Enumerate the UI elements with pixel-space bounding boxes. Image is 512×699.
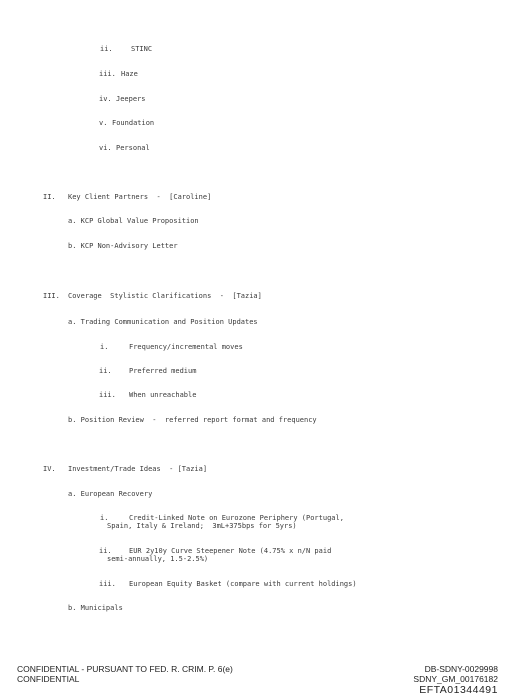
section-number: IV.	[43, 465, 56, 474]
confidentiality-footer: CONFIDENTIAL - PURSUANT TO FED. R. CRIM.…	[17, 664, 233, 684]
bates-number-sdny: SDNY_GM_00176182	[413, 674, 498, 684]
list-item-text: Personal	[116, 144, 150, 153]
sub-item-number: iii.	[99, 580, 116, 589]
sub-item-text-continued: semi-annually, 1.5-2.5%)	[107, 555, 208, 564]
list-item-number: ii.	[100, 45, 113, 54]
list-item: a. Trading Communication and Position Up…	[68, 318, 258, 327]
list-item-number: vi.	[99, 144, 112, 153]
list-item: a. European Recovery	[68, 490, 152, 499]
list-item-text: Jeepers	[116, 95, 146, 104]
list-item: b. KCP Non-Advisory Letter	[68, 242, 178, 251]
sub-item-number: iii.	[99, 391, 116, 400]
section-number: III.	[43, 292, 60, 301]
sub-item-number: i.	[100, 343, 108, 352]
sub-item-text: Preferred medium	[129, 367, 196, 376]
bates-number-efta: EFTA01344491	[413, 684, 498, 696]
section-title: Coverage Stylistic Clarifications - [Taz…	[68, 292, 262, 301]
list-item: a. KCP Global Value Proposition	[68, 217, 199, 226]
list-item-number: v.	[99, 119, 107, 128]
sub-item-text: When unreachable	[129, 391, 196, 400]
bates-stamp: DB-SDNY-0029998 SDNY_GM_00176182 EFTA013…	[413, 664, 498, 696]
list-item-number: iv.	[99, 95, 112, 104]
section-title: Investment/Trade Ideas - [Tazia]	[68, 465, 207, 474]
list-item: b. Municipals	[68, 604, 123, 613]
bates-number-db: DB-SDNY-0029998	[413, 664, 498, 674]
section-number: II.	[43, 193, 56, 202]
confidentiality-notice: CONFIDENTIAL - PURSUANT TO FED. R. CRIM.…	[17, 664, 233, 674]
confidentiality-label: CONFIDENTIAL	[17, 674, 233, 684]
sub-item-text: European Equity Basket (compare with cur…	[129, 580, 357, 589]
list-item-text: Haze	[121, 70, 138, 79]
sub-item-text-continued: Spain, Italy & Ireland; 3mL+375bps for 5…	[107, 522, 297, 531]
list-item: b. Position Review - referred report for…	[68, 416, 317, 425]
list-item-number: iii.	[99, 70, 116, 79]
sub-item-text: Frequency/incremental moves	[129, 343, 243, 352]
list-item-text: STINC	[131, 45, 152, 54]
list-item-text: Foundation	[112, 119, 154, 128]
section-title: Key Client Partners - [Caroline]	[68, 193, 211, 202]
sub-item-number: ii.	[99, 367, 112, 376]
